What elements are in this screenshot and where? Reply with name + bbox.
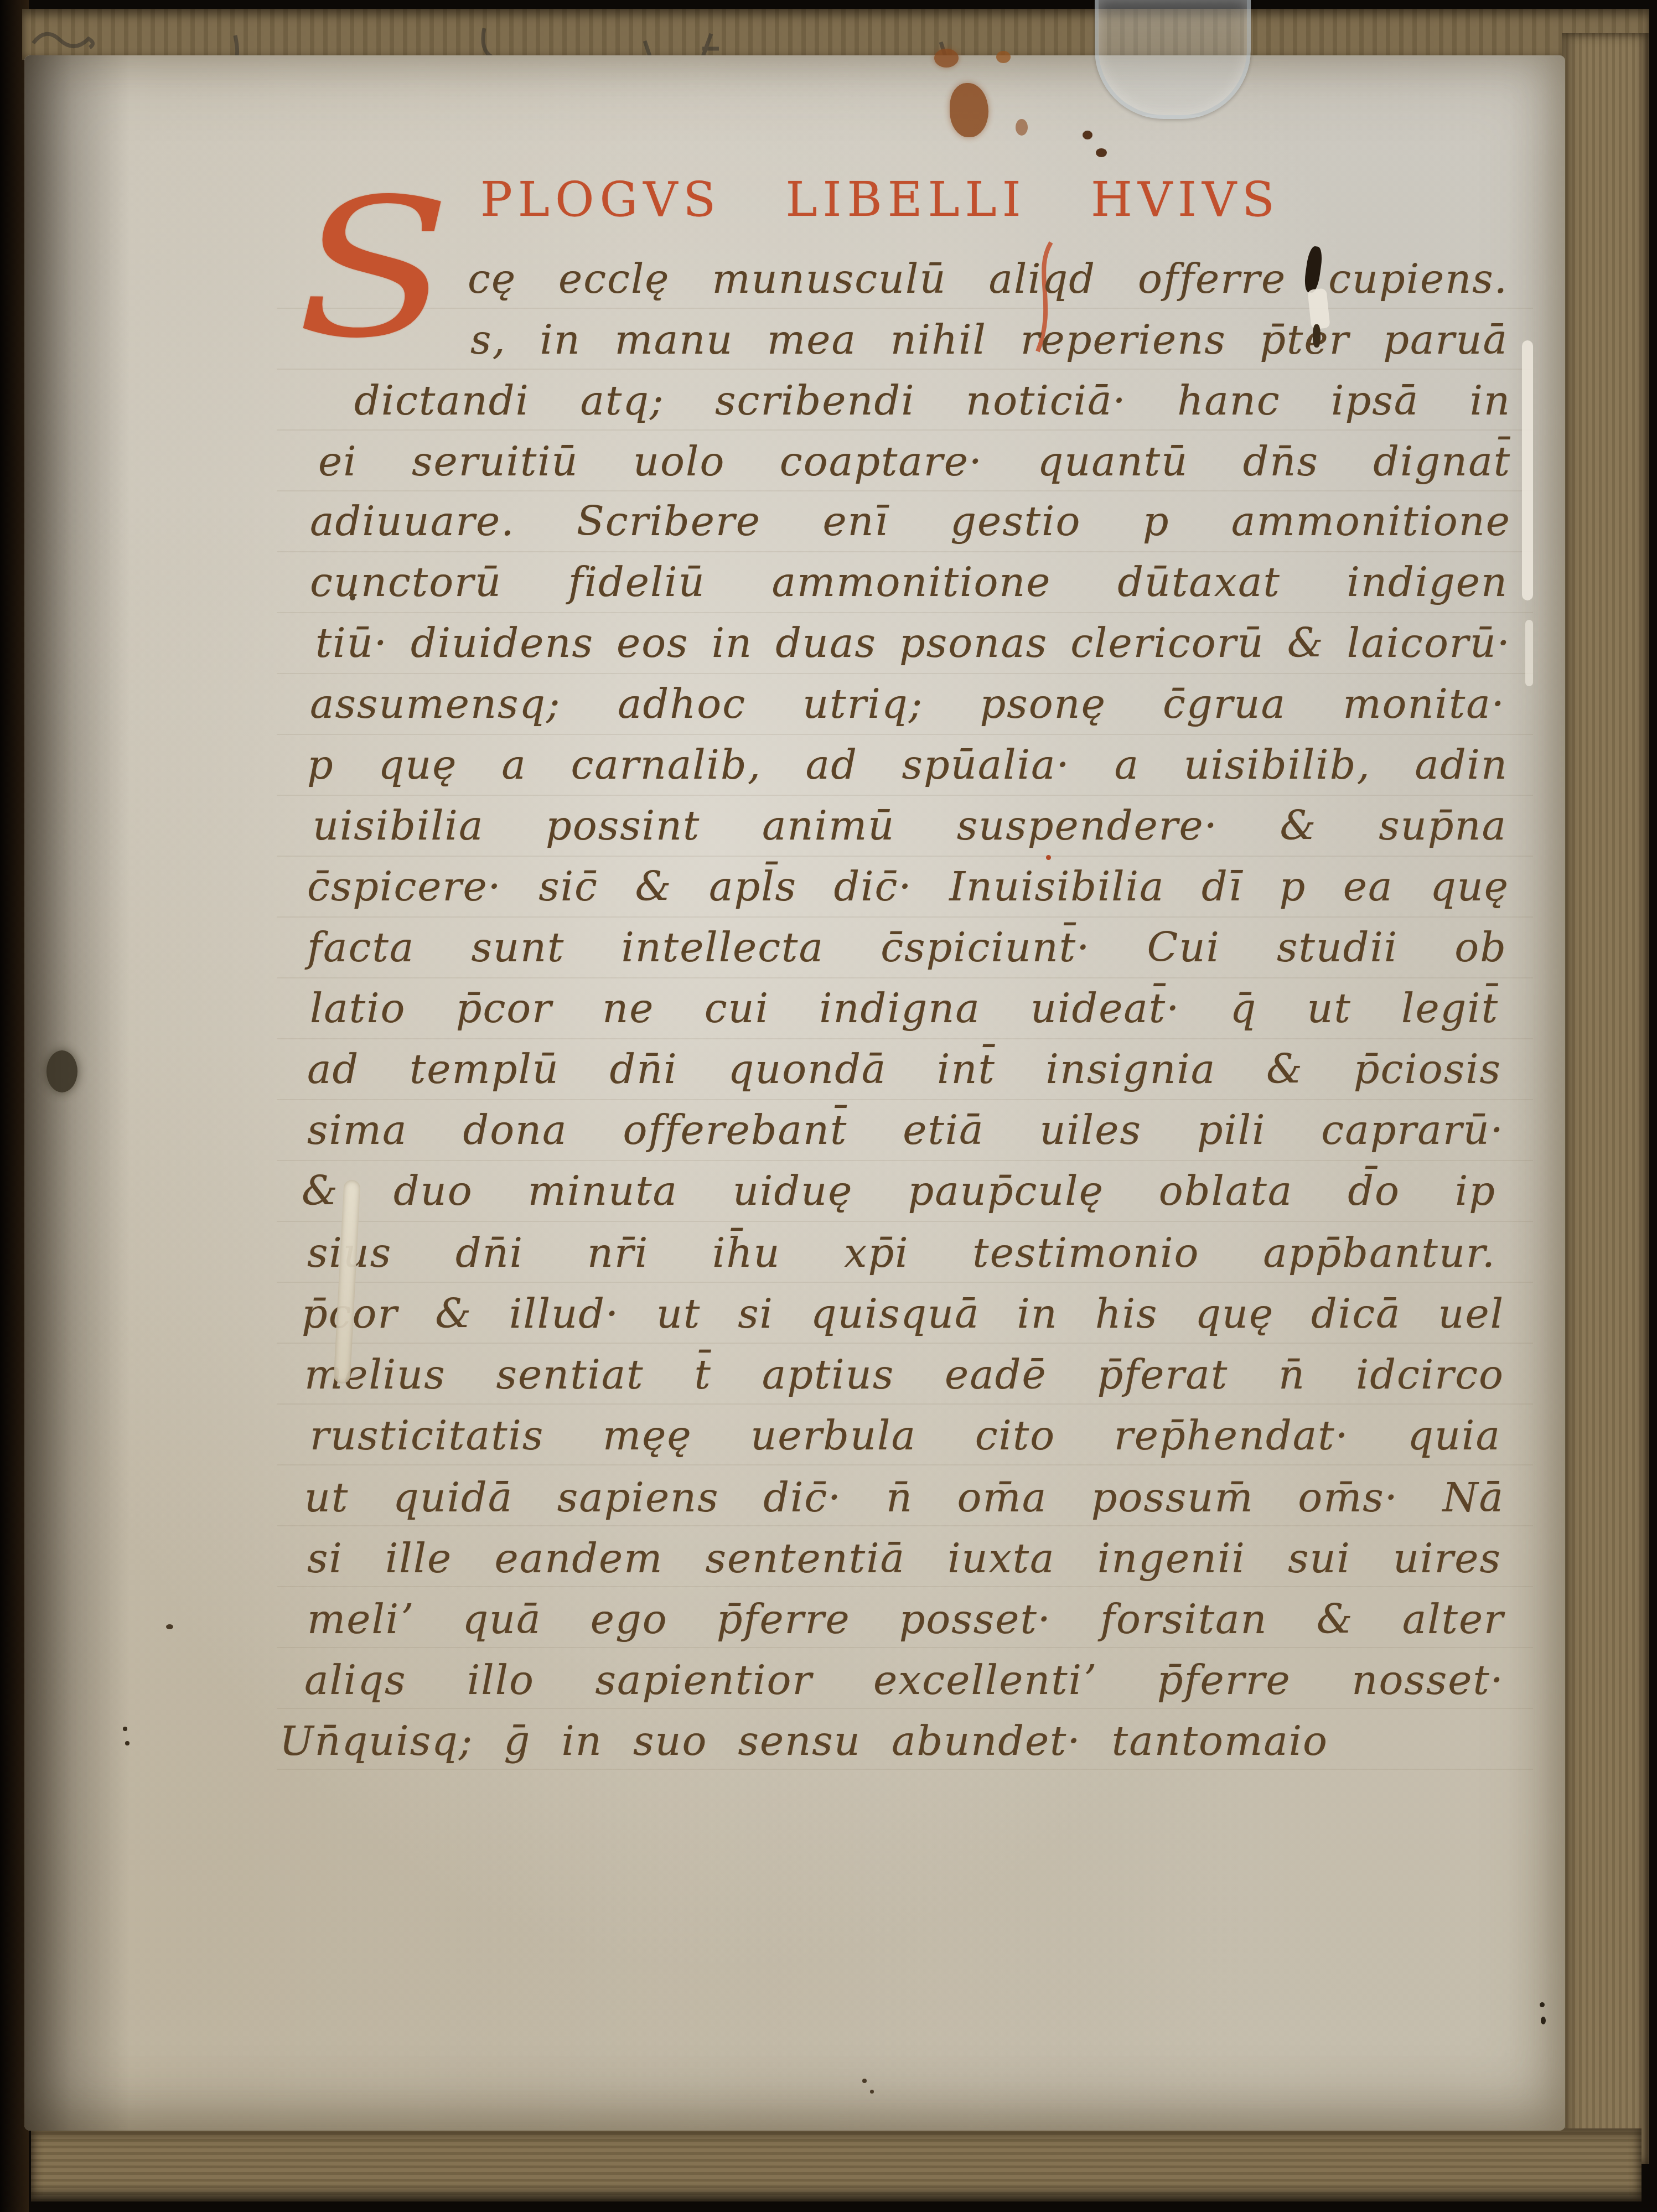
text-line-12: facta sunt intellecta c̄spiciunt̄· Cui s… [307, 920, 1507, 978]
text-line-23: meliʼ quā ego p̄ferre posset· forsitan &… [307, 1592, 1504, 1650]
text-line-7: tiū· diuidens eos in duas psonas clerico… [315, 616, 1511, 674]
text-line-24: aliqs illo sapientior excellentiʼ p̄ferr… [304, 1653, 1504, 1711]
text-line-11: c̄spicere· sic̄ & apl̄s dic̄· Inuisibili… [307, 859, 1509, 917]
speck [350, 595, 355, 600]
text-line-18: p̄cor & illud· ut si quisquā in his quę … [302, 1287, 1504, 1344]
text-line-21: ut quidā sapiens dic̄· n̄ om̄a possum̄ o… [304, 1470, 1504, 1528]
rust-stain [934, 49, 959, 68]
rust-stain [996, 51, 1011, 63]
text-line-6: cunctorū fideliū ammonitione dūtaxat ind… [310, 555, 1508, 613]
text-line-17: sius dn̄i nr̄i ih̄u xp̄i testimonio app̄… [307, 1226, 1496, 1283]
manuscript-photo: PLOGVS LIBELLI HVIVS S cę ecclę munuscul… [0, 0, 1657, 2212]
text-line-5: adiuuare. Scribere enī gestio p ammoniti… [310, 494, 1511, 552]
text-line-10: uisibilia possint animū suspendere· & su… [313, 799, 1507, 856]
text-line-8: assumensq; adhoc utriq; psonę c̄grua mon… [310, 677, 1505, 734]
ink-dot [1083, 131, 1092, 139]
text-line-19: melius sentiat t̄ aptius eadē p̄ferat n̄… [304, 1348, 1504, 1405]
bottom-dots [870, 2090, 874, 2094]
speck [166, 1624, 173, 1629]
text-line-20: rusticitatis męę uerbula cito rep̄hendat… [310, 1408, 1501, 1466]
red-speck [1046, 855, 1051, 860]
margin-dots [123, 1727, 127, 1731]
text-line-3: dictandi atq; scribendi noticiā· hanc ip… [354, 374, 1511, 431]
right-edge-tear [1522, 340, 1533, 600]
margin-dots [125, 1741, 130, 1745]
rust-stain [1016, 119, 1028, 136]
margin-blob [46, 1050, 77, 1092]
right-edge-tear [1525, 620, 1533, 686]
rust-stain [950, 83, 988, 137]
text-line-13: latio p̄cor ne cui indigna uideat̄· q̄ u… [310, 981, 1499, 1039]
text-line-16: & duo minuta uiduę paup̄culę oblata d̄o … [302, 1164, 1496, 1221]
text-line-15: sima dona offerebant̄ etiā uiles pili ca… [307, 1103, 1504, 1161]
ink-tail [1313, 324, 1321, 348]
text-line-22: si ille eandem sententiā iuxta ingenii s… [307, 1531, 1501, 1589]
book-top-edge [22, 9, 1649, 60]
corner-dots [1540, 2002, 1545, 2007]
text-line-2: s, in manu mea nihil reperiens p̄ter par… [470, 313, 1508, 370]
cropped-inscription-marks [22, 9, 1649, 60]
text-line-25: Un̄quisq; ḡ in suo sensu abundet· tantom… [279, 1714, 1328, 1771]
text-line-14: ad templū dn̄i quondā int̄ insignia & p̄… [307, 1042, 1501, 1100]
rubric-title: PLOGVS LIBELLI HVIVS [480, 176, 1280, 224]
text-line-9: p quę a carnalib, ad spūalia· a uisibili… [307, 738, 1508, 795]
film-tab [1095, 0, 1251, 119]
text-line-1: cę ecclę munusculū aliqd offerre cupiens… [468, 252, 1508, 309]
initial-letter-S: S [297, 191, 451, 348]
bottom-dots [862, 2079, 867, 2083]
book-bottom-edge [31, 2128, 1642, 2201]
text-line-4: ei seruitiū uolo coaptare· quantū dn̄s d… [318, 434, 1511, 492]
book-fore-edge [1562, 33, 1649, 2164]
gutter-shadow [24, 55, 130, 2131]
ink-dot [1096, 148, 1107, 157]
corner-dots [1541, 2017, 1546, 2024]
